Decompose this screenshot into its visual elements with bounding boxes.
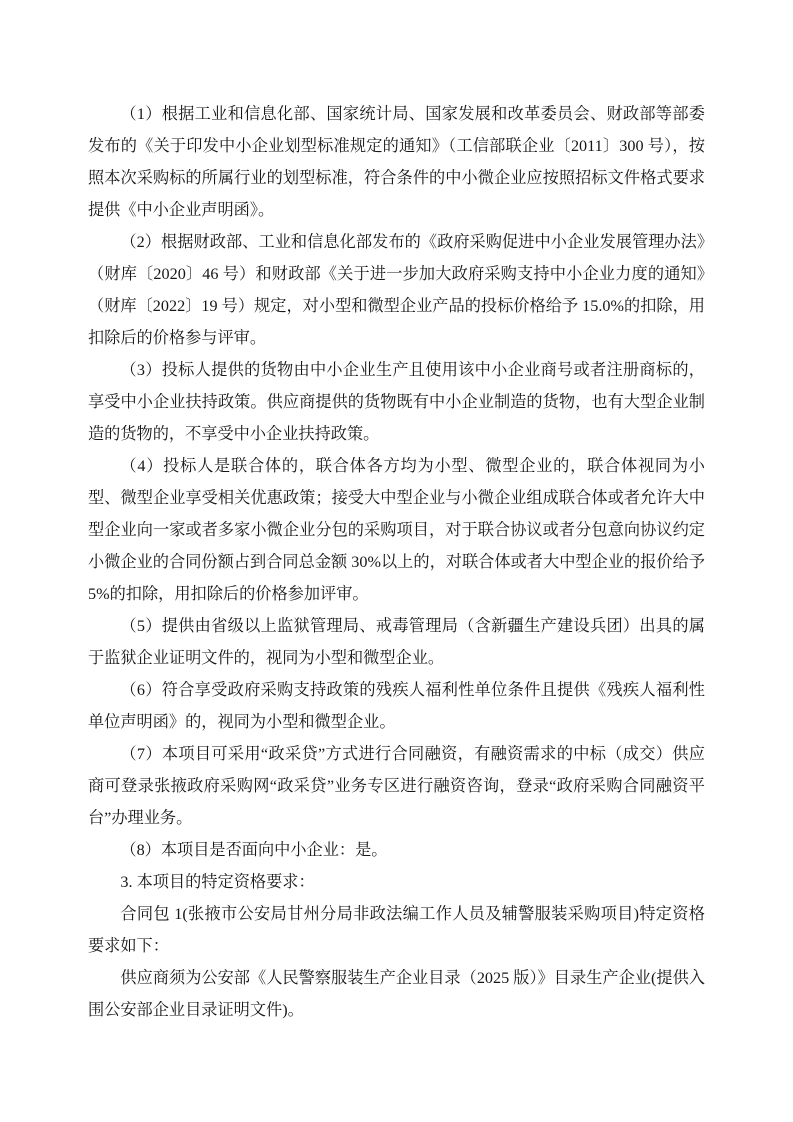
document-body: （1）根据工业和信息化部、国家统计局、国家发展和改革委员会、财政部等部委发布的《…: [88, 98, 705, 1026]
paragraph-contract-package-1-requirement: 合同包 1(张掖市公安局甘州分局非政法编工作人员及辅警服装采购项目)特定资格要求…: [88, 898, 705, 962]
paragraph-smb-policy-item-2: （2）根据财政部、工业和信息化部发布的《政府采购促进中小企业发展管理办法》（财库…: [88, 226, 705, 354]
paragraph-smb-policy-item-8: （8）本项目是否面向中小企业：是。: [88, 834, 705, 866]
paragraph-smb-policy-item-7: （7）本项目可采用“政采贷”方式进行合同融资，有融资需求的中标（成交）供应商可登…: [88, 738, 705, 834]
paragraph-smb-policy-item-4: （4）投标人是联合体的，联合体各方均为小型、微型企业的，联合体视同为小型、微型企…: [88, 450, 705, 610]
section-3-heading: 3. 本项目的特定资格要求：: [88, 866, 705, 898]
paragraph-smb-policy-item-5: （5）提供由省级以上监狱管理局、戒毒管理局（含新疆生产建设兵团）出具的属于监狱企…: [88, 610, 705, 674]
paragraph-smb-policy-item-6: （6）符合享受政府采购支持政策的残疾人福利性单位条件且提供《残疾人福利性单位声明…: [88, 674, 705, 738]
paragraph-smb-policy-item-3: （3）投标人提供的货物由中小企业生产且使用该中小企业商号或者注册商标的，享受中小…: [88, 354, 705, 450]
paragraph-supplier-catalog-requirement: 供应商须为公安部《人民警察服装生产企业目录（2025 版）》目录生产企业(提供入…: [88, 962, 705, 1026]
paragraph-smb-policy-item-1: （1）根据工业和信息化部、国家统计局、国家发展和改革委员会、财政部等部委发布的《…: [88, 98, 705, 226]
document-page: （1）根据工业和信息化部、国家统计局、国家发展和改革委员会、财政部等部委发布的《…: [0, 0, 793, 1122]
